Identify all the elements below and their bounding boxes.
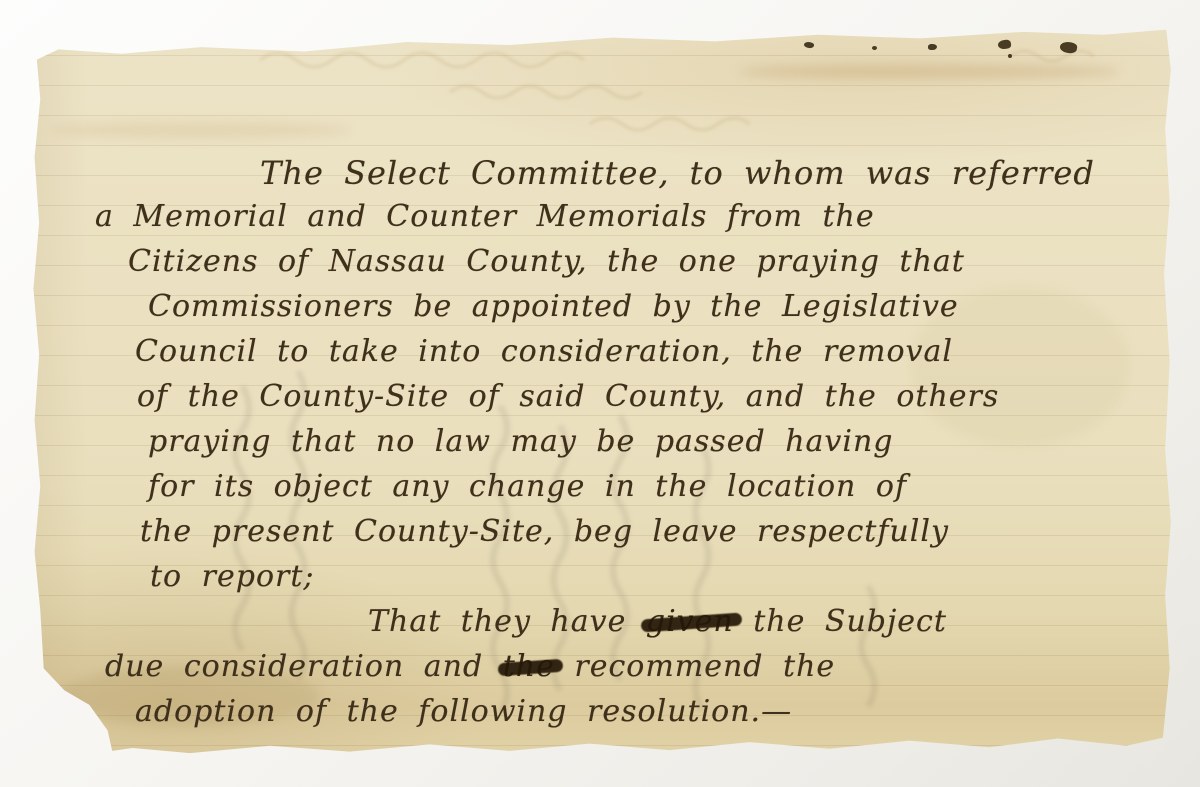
handwritten-text: recommend the	[555, 649, 835, 684]
ink-spot	[872, 46, 877, 50]
struck-out-word: the	[503, 649, 555, 684]
handwritten-text: adoption of the following resolution.—	[135, 694, 792, 729]
handwritten-text: The Select Committee, to whom was referr…	[260, 154, 1095, 192]
manuscript-line: adoption of the following resolution.—	[30, 694, 1172, 739]
manuscript-line: a Memorial and Counter Memorials from th…	[30, 199, 1172, 244]
manuscript-line: That they have given the Subject	[30, 604, 1172, 649]
handwritten-text: That they have	[368, 604, 646, 639]
handwritten-text: to report;	[150, 559, 315, 594]
handwritten-text: praying that no law may be passed having	[148, 424, 893, 459]
manuscript-line: the present County-Site, beg leave respe…	[30, 514, 1172, 559]
handwritten-text: the Subject	[734, 604, 947, 639]
manuscript-line: Citizens of Nassau County, the one prayi…	[30, 244, 1172, 289]
handwritten-text: Council to take into consideration, the …	[135, 334, 953, 369]
handwritten-text: Commissioners be appointed by the Legisl…	[148, 289, 959, 324]
ink-spot	[1008, 54, 1012, 58]
handwritten-text: for its object any change in the locatio…	[148, 469, 907, 504]
handwritten-text: a Memorial and Counter Memorials from th…	[95, 199, 875, 234]
manuscript-line: to report;	[30, 559, 1172, 604]
manuscript-line: Council to take into consideration, the …	[30, 334, 1172, 379]
handwritten-text: of the County-Site of said County, and t…	[137, 379, 999, 414]
handwritten-text: due consideration and	[105, 649, 503, 684]
manuscript-line: praying that no law may be passed having	[30, 424, 1172, 469]
handwritten-text: Citizens of Nassau County, the one prayi…	[128, 244, 965, 279]
manuscript-line: for its object any change in the locatio…	[30, 469, 1172, 514]
manuscript-paper: The Select Committee, to whom was referr…	[30, 26, 1172, 756]
handwritten-text: the present County-Site, beg leave respe…	[140, 514, 949, 549]
manuscript-line: Commissioners be appointed by the Legisl…	[30, 289, 1172, 334]
struck-out-word: given	[646, 604, 734, 639]
manuscript-line: due consideration and the recommend the	[30, 649, 1172, 694]
manuscript-line: of the County-Site of said County, and t…	[30, 379, 1172, 424]
scanned-document-photo: The Select Committee, to whom was referr…	[0, 0, 1200, 787]
paper-stain	[740, 64, 1120, 79]
manuscript-lines: The Select Committee, to whom was referr…	[30, 154, 1172, 739]
paper-stain	[50, 122, 350, 138]
manuscript-line: The Select Committee, to whom was referr…	[30, 154, 1172, 199]
